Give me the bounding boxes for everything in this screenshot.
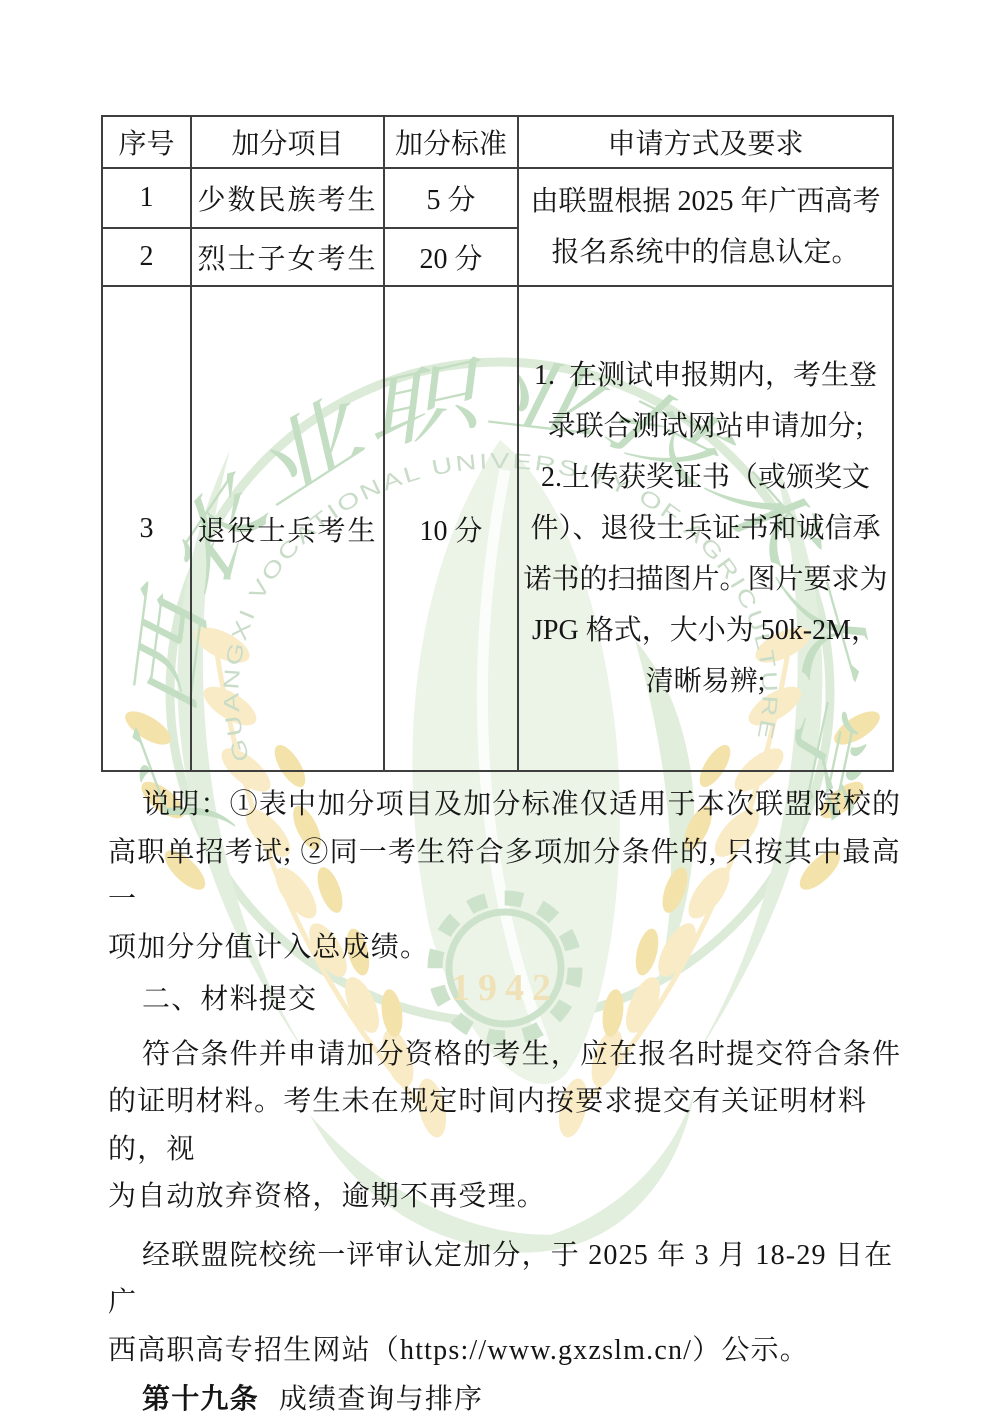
row2-no: 2 (102, 228, 191, 286)
row1-item: 少数民族考生 (191, 168, 384, 228)
row2-standard: 20 分 (384, 228, 518, 286)
article-19-label: 第十九条 (142, 1384, 259, 1415)
table-row: 3 退役士兵考生 10 分 1. 在测试申报期内，考生登 录联合测试网站申请加分… (102, 286, 893, 771)
section-two-title: 二、材料提交 (108, 976, 908, 1024)
bonus-points-table: 序号 加分项目 加分标准 申请方式及要求 1 少数民族考生 5 分 由联盟根据 … (101, 115, 894, 772)
table-header-row: 序号 加分项目 加分标准 申请方式及要求 (102, 116, 893, 168)
row2-item: 烈士子女考生 (191, 228, 384, 286)
header-standard: 加分标准 (384, 116, 518, 168)
note-paragraph: 说明：①表中加分项目及加分标准仅适用于本次联盟院校的 高职单招考试; ②同一考生… (108, 781, 908, 971)
method-cell-rows-1-2: 由联盟根据 2025 年广西高考 报名系统中的信息认定。 (518, 168, 893, 286)
row3-standard: 10 分 (384, 286, 518, 771)
body-text: 说明：①表中加分项目及加分标准仅适用于本次联盟院校的 高职单招考试; ②同一考生… (108, 781, 908, 1417)
header-no: 序号 (102, 116, 191, 168)
review-publicity-paragraph: 经联盟院校统一评审认定加分，于 2025 年 3 月 18-29 日在广 西高职… (108, 1232, 908, 1375)
document-page: 1942 广西农业职业技术大学 GUANGXI VOCATIONAL UNIVE… (0, 0, 1007, 1417)
article-19-title: 成绩查询与排序 (279, 1384, 483, 1415)
row1-standard: 5 分 (384, 168, 518, 228)
row3-item: 退役士兵考生 (191, 286, 384, 771)
header-method: 申请方式及要求 (518, 116, 893, 168)
method-cell-row-3: 1. 在测试申报期内，考生登 录联合测试网站申请加分; 2.上传获奖证书（或颁奖… (518, 286, 893, 771)
table-row: 1 少数民族考生 5 分 由联盟根据 2025 年广西高考 报名系统中的信息认定… (102, 168, 893, 228)
header-item: 加分项目 (191, 116, 384, 168)
row3-no: 3 (102, 286, 191, 771)
article-19-heading: 第十九条成绩查询与排序 (108, 1376, 908, 1417)
row1-no: 1 (102, 168, 191, 228)
submission-paragraph: 符合条件并申请加分资格的考生，应在报名时提交符合条件 的证明材料。考生未在规定时… (108, 1031, 908, 1221)
